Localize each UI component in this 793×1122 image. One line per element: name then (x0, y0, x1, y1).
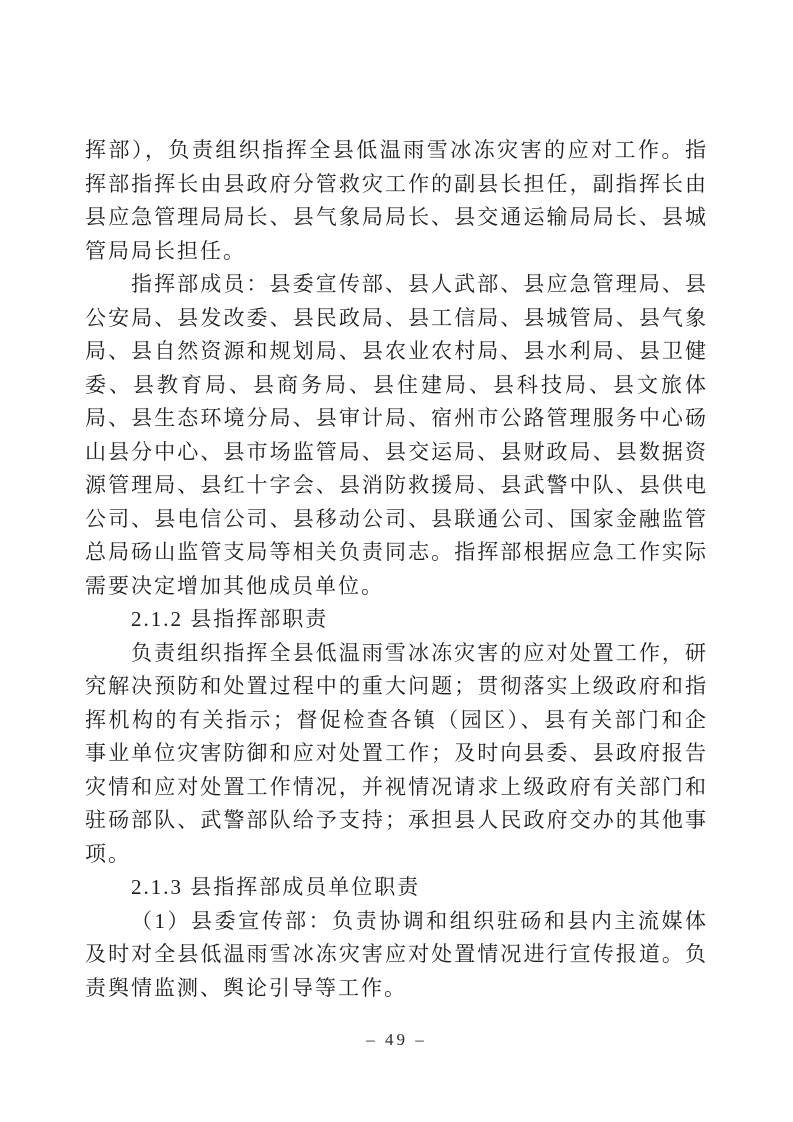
paragraph-members: 指挥部成员：县委宣传部、县人武部、县应急管理局、县公安局、县发改委、县民政局、县… (85, 268, 708, 603)
page-number: – 49 – (0, 1030, 793, 1050)
paragraph-continuation: 挥部），负责组织指挥全县低温雨雪冰冻灾害的应对工作。指挥部指挥长由县政府分管救灾… (85, 134, 708, 268)
document-page: 挥部），负责组织指挥全县低温雨雪冰冻灾害的应对工作。指挥部指挥长由县政府分管救灾… (0, 0, 793, 1122)
section-heading-2-1-2: 2.1.2 县指挥部职责 (85, 603, 708, 637)
section-heading-2-1-3: 2.1.3 县指挥部成员单位职责 (85, 871, 708, 905)
paragraph-duties: 负责组织指挥全县低温雨雪冰冻灾害的应对处置工作，研究解决预防和处置过程中的重大问… (85, 637, 708, 872)
paragraph-propaganda-dept: （1）县委宣传部：负责协调和组织驻砀和县内主流媒体及时对全县低温雨雪冰冻灾害应对… (85, 905, 708, 1006)
page-content: 挥部），负责组织指挥全县低温雨雪冰冻灾害的应对工作。指挥部指挥长由县政府分管救灾… (85, 134, 708, 1005)
